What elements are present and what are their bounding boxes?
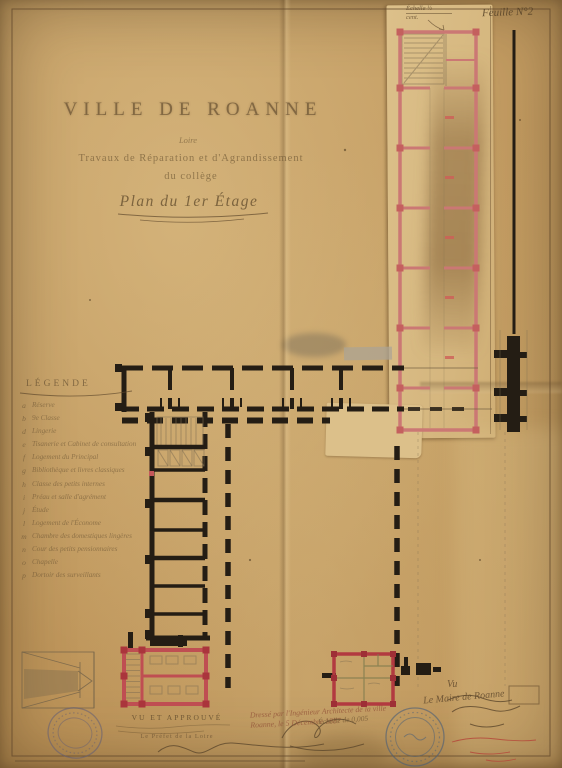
title-subtitle-2: du collège — [38, 171, 344, 182]
legend-item: iPréau et salle d'agrément — [16, 491, 146, 504]
legend-item: lLogement de l'Économe — [16, 517, 146, 530]
scale-annotation-line1: Échelle ½ — [406, 5, 452, 14]
legend-item: hClasse des petits internes — [16, 478, 146, 491]
legend-item: jÉtude — [16, 504, 146, 517]
pencil-sketch — [22, 652, 94, 708]
legend-item: pDortoir des surveillants — [16, 569, 146, 582]
red-ink-notes — [452, 738, 536, 761]
detail-plan-left — [121, 632, 210, 708]
scale-annotation-line2: cent. — [406, 14, 452, 22]
approval-heading: VU ET APPROUVÉ — [110, 713, 244, 722]
title-department: Loire — [58, 135, 318, 145]
legend-item: nCour des petits pensionnaires — [16, 543, 146, 556]
title-subtitle-1: Travaux de Réparation et d'Agrandissemen… — [38, 153, 344, 164]
legend-item: dLingerie — [16, 425, 146, 438]
legend-item: eTisanerie et Cabinet de consultation — [16, 438, 146, 451]
mayor-vu: Vu — [447, 679, 477, 690]
legend-item: b9e Classe — [16, 412, 146, 425]
projected-walls-dashed — [122, 421, 397, 689]
east-wall-plan — [418, 30, 527, 688]
legend-item: gBibliothèque et livres classiques — [16, 464, 146, 477]
new-wing-plan — [397, 29, 480, 434]
main-building-plan — [115, 364, 492, 412]
legend-list: aRéserve b9e Classe dLingerie eTisanerie… — [16, 399, 146, 582]
legend-item: fLogement du Principal — [16, 451, 146, 464]
sheet-number: Feuille N°2 — [482, 5, 556, 20]
plan-title: Plan du 1er Étage — [55, 193, 323, 211]
plan-sheet: Feuille N°2 Échelle ½ cent. VILLE DE ROA… — [0, 0, 562, 768]
legend-item: oChapelle — [16, 556, 146, 569]
legend-title: LÉGENDE — [26, 379, 136, 389]
legend-item: aRéserve — [16, 399, 146, 412]
south-wing-plan — [145, 412, 210, 640]
approval-prefect-line: Le Préfet de la Loire — [116, 733, 238, 740]
legend-item: mChambre des domestiques lingères — [16, 530, 146, 543]
scale-annotation: Échelle ½ cent. — [406, 5, 452, 22]
ink-flourishes — [15, 20, 444, 761]
title-city: VILLE DE ROANNE — [58, 99, 328, 121]
official-stamp-oval — [43, 702, 107, 764]
